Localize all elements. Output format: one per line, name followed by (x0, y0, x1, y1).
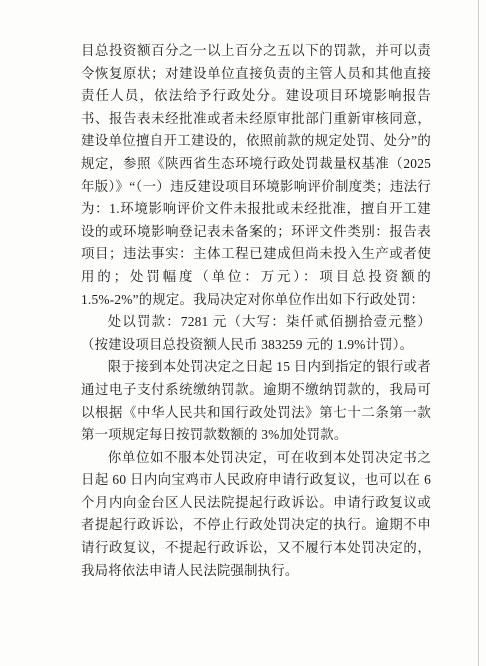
paragraph-fine-amount: 处以罚款：7281 元（大写：柒仟贰佰捌拾壹元整）（按建设项目总投资额人民币 3… (81, 311, 431, 356)
paragraph-appeal-rights: 你单位如不服本处罚决定，可在收到本处罚决定书之日起 60 日内向宝鸡市人民政府申… (81, 447, 431, 583)
paragraph-payment-deadline: 限于接到本处罚决定之日起 15 日内到指定的银行或者通过电子支付系统缴纳罚款。逾… (81, 356, 431, 446)
paragraph-penalty-legal-basis: 目总投资额百分之一以上百分之五以下的罚款，并可以责令恢复原状；对建设单位直接负责… (81, 40, 431, 311)
document-body-text: 目总投资额百分之一以上百分之五以下的罚款，并可以责令恢复原状；对建设单位直接负责… (81, 40, 431, 582)
scanned-document-page: 目总投资额百分之一以上百分之五以下的罚款，并可以责令恢复原状；对建设单位直接负责… (0, 0, 486, 666)
scan-edge-line (478, 0, 479, 666)
